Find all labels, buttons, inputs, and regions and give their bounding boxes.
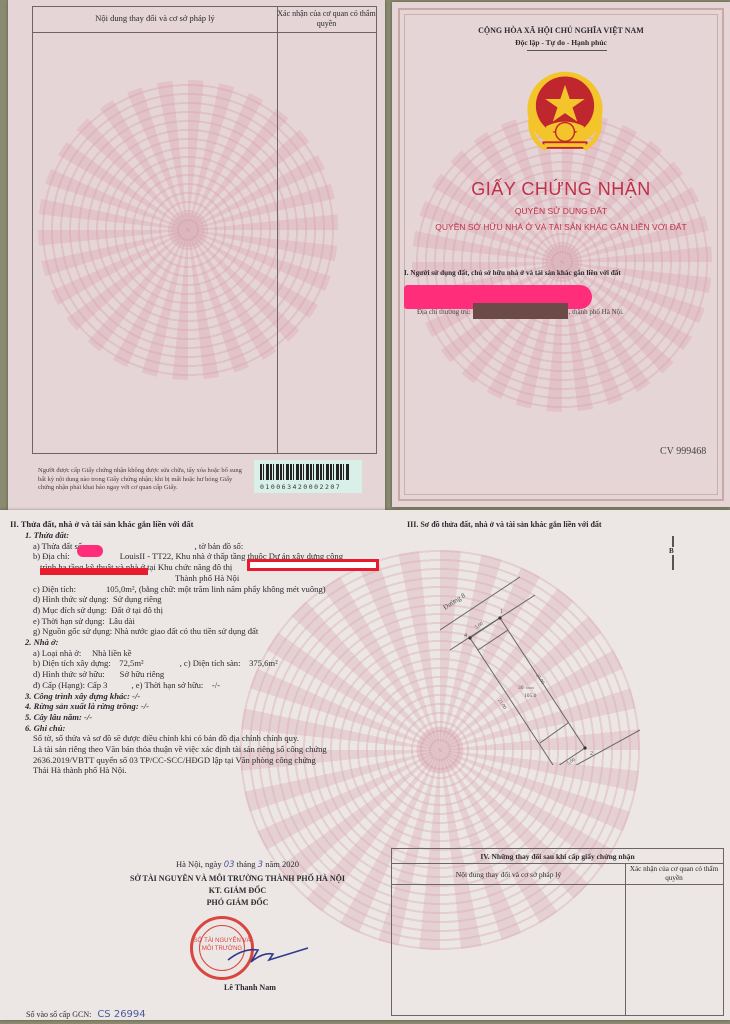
purpose-label: đ) Mục đích sử dụng: bbox=[33, 605, 107, 615]
area-value: 105,0m², (bằng chữ: một trăm linh năm ph… bbox=[106, 584, 326, 594]
certificate-back-page: Nội dung thay đổi và cơ sở pháp lý Xác n… bbox=[8, 0, 385, 510]
section-3-heading: III. Sơ đồ thửa đất, nhà ở và tài sản kh… bbox=[407, 520, 602, 529]
serial-number: CV 999468 bbox=[660, 446, 706, 457]
warning-note: Người được cấp Giấy chứng nhận không đượ… bbox=[38, 467, 244, 493]
barcode: 010063420002207 bbox=[254, 460, 362, 493]
perennial-trees: 5. Cây lâu năm: -/- bbox=[25, 712, 343, 723]
floor-area-value: 375,6m² bbox=[249, 658, 278, 668]
use-form-value: Sử dụng riêng bbox=[113, 594, 162, 604]
section-1-heading: I. Người sử dụng đất, chủ sở hữu nhà ở v… bbox=[404, 269, 621, 277]
note-line: 2636.2019/VBTT quyển số 03 TP/CC-SCC/HĐG… bbox=[25, 755, 343, 766]
date-prefix: Hà Nội, ngày bbox=[176, 859, 222, 869]
redaction-address bbox=[473, 303, 568, 319]
notes-heading: 6. Ghi chú: bbox=[25, 723, 343, 734]
area-label: c) Diện tích: bbox=[33, 584, 76, 594]
col-header-content: Nội dung thay đổi và cơ sở pháp lý bbox=[33, 13, 277, 23]
changes-table: Nội dung thay đổi và cơ sở pháp lý Xác n… bbox=[32, 6, 377, 454]
edge-back-label: 5.00 bbox=[566, 757, 576, 765]
certificate-cover-page: CỘNG HÒA XÃ HỘI CHỦ NGHĨA VIỆT NAM Độc l… bbox=[392, 2, 730, 507]
section-2-heading: II. Thửa đất, nhà ở và tài sản khác gắn … bbox=[10, 519, 193, 529]
barcode-bars-icon bbox=[260, 464, 350, 480]
own-term-label: , e) Thời hạn sở hữu: bbox=[131, 680, 203, 690]
signer-name: Lê Thanh Nam bbox=[224, 983, 276, 992]
kt-director: KT. GIÁM ĐỐC bbox=[100, 886, 375, 895]
ownership-value: Sở hữu riêng bbox=[120, 669, 165, 679]
road-label: Đường 8 bbox=[442, 591, 468, 611]
ownership-label: d) Hình thức sở hữu: bbox=[33, 669, 105, 679]
note-line: Là tài sản riêng theo Văn bản thỏa thuận… bbox=[25, 744, 343, 755]
national-emblem-icon bbox=[518, 68, 612, 162]
redaction-urban-area bbox=[247, 559, 379, 571]
grade-value: Cấp 3 bbox=[87, 680, 107, 690]
address-label: b) Địa chỉ: bbox=[33, 551, 70, 561]
term-value: Lâu dài bbox=[109, 616, 135, 626]
signing-block: Hà Nội, ngày 03 tháng 3 năm 2020 SỞ TÀI … bbox=[100, 859, 375, 907]
other-works: 3. Công trình xây dựng khác: -/- bbox=[25, 691, 343, 702]
date-year: 2020 bbox=[282, 859, 299, 869]
address-line-3: Thành phố Hà Nội bbox=[175, 573, 239, 583]
redaction-address-district bbox=[40, 568, 148, 575]
year-label: năm bbox=[265, 859, 280, 869]
date-month: 3 bbox=[258, 860, 263, 870]
changes-after-issue-table: IV. Những thay đổi sau khi cấp giấy chứn… bbox=[391, 848, 724, 1016]
origin-value: Nhà nước giao đất có thu tiền sử dụng đấ… bbox=[114, 626, 258, 636]
month-label: tháng bbox=[237, 859, 256, 869]
origin-label: g) Nguồn gốc sử dụng: bbox=[33, 626, 112, 636]
signature-icon bbox=[223, 940, 313, 970]
parcel-area: 105.0 bbox=[524, 693, 537, 699]
certificate-title: GIẤY CHỨNG NHẬN bbox=[392, 179, 730, 200]
term-label: e) Thời hạn sử dụng: bbox=[33, 616, 105, 626]
date-day: 03 bbox=[224, 860, 235, 870]
parcel-number: 36 bbox=[518, 685, 524, 691]
section-4-heading: IV. Những thay đổi sau khi cấp giấy chứn… bbox=[392, 852, 723, 861]
gcn-value: CS 26994 bbox=[97, 1009, 145, 1020]
edge-left-label: 21.00 bbox=[496, 698, 507, 711]
barcode-number: 010063420002207 bbox=[260, 483, 341, 491]
floor-area-label: , c) Diện tích sàn: bbox=[180, 658, 241, 668]
corner-1: 1 bbox=[500, 609, 503, 615]
nation-header: CỘNG HÒA XÃ HỘI CHỦ NGHĨA VIỆT NAM bbox=[392, 26, 730, 35]
parcel-diagram: Đường 8 5.00 1 2 3 4 21.00 21.00 36 105.… bbox=[440, 565, 640, 765]
house-heading: 2. Nhà ở: bbox=[25, 637, 343, 648]
certificate-details-page: II. Thửa đất, nhà ở và tài sản khác gắn … bbox=[0, 510, 730, 1020]
house-type-value: Nhà liền kề bbox=[92, 648, 132, 658]
note-line: Số tờ, số thửa và sơ đồ sẽ được điều chỉ… bbox=[25, 733, 343, 744]
col-header-confirm: Xác nhận của cơ quan có thẩm quyền bbox=[277, 9, 376, 29]
purpose-value: Đất ở tại đô thị bbox=[111, 605, 163, 615]
redaction-house-number bbox=[77, 545, 103, 557]
issuing-org: SỞ TÀI NGUYÊN VÀ MÔI TRƯỜNG THÀNH PHỐ HÀ… bbox=[100, 874, 375, 883]
house-type-label: a) Loại nhà ở: bbox=[33, 648, 81, 658]
use-form-label: d) Hình thức sử dụng: bbox=[33, 594, 109, 604]
col-header-content: Nội dung thay đổi và cơ sở pháp lý bbox=[392, 870, 625, 879]
gcn-label: Số vào sổ cấp GCN: bbox=[26, 1010, 91, 1019]
corner-2: 2 bbox=[590, 751, 593, 757]
certificate-subtitle-1: QUYỀN SỬ DỤNG ĐẤT bbox=[392, 206, 730, 216]
col-header-confirm: Xác nhận của cơ quan có thẩm quyền bbox=[625, 865, 723, 883]
motto: Độc lập - Tự do - Hạnh phúc bbox=[392, 38, 730, 47]
north-label: B bbox=[669, 547, 674, 555]
forest: 4. Rừng sản xuất là rừng trồng: -/- bbox=[25, 701, 343, 712]
own-term-value: -/- bbox=[212, 680, 220, 690]
grade-label: đ) Cấp (Hạng): bbox=[33, 680, 85, 690]
deputy-director: PHÓ GIÁM ĐỐC bbox=[100, 898, 375, 907]
build-area-value: 72,5m² bbox=[119, 658, 143, 668]
build-area-label: b) Diện tích xây dựng: bbox=[33, 658, 111, 668]
corner-4: 4 bbox=[464, 633, 467, 639]
gcn-entry: Số vào sổ cấp GCN: CS 26994 bbox=[26, 1009, 146, 1020]
certificate-subtitle-2: QUYỀN SỞ HỮU NHÀ Ở VÀ TÀI SẢN KHÁC GẮN L… bbox=[392, 222, 730, 232]
map-sheet-label: , tờ bản đồ số: bbox=[195, 541, 244, 551]
land-heading: 1. Thửa đất: bbox=[25, 530, 343, 541]
note-line: Thái Hà thành phố Hà Nội. bbox=[25, 765, 343, 776]
